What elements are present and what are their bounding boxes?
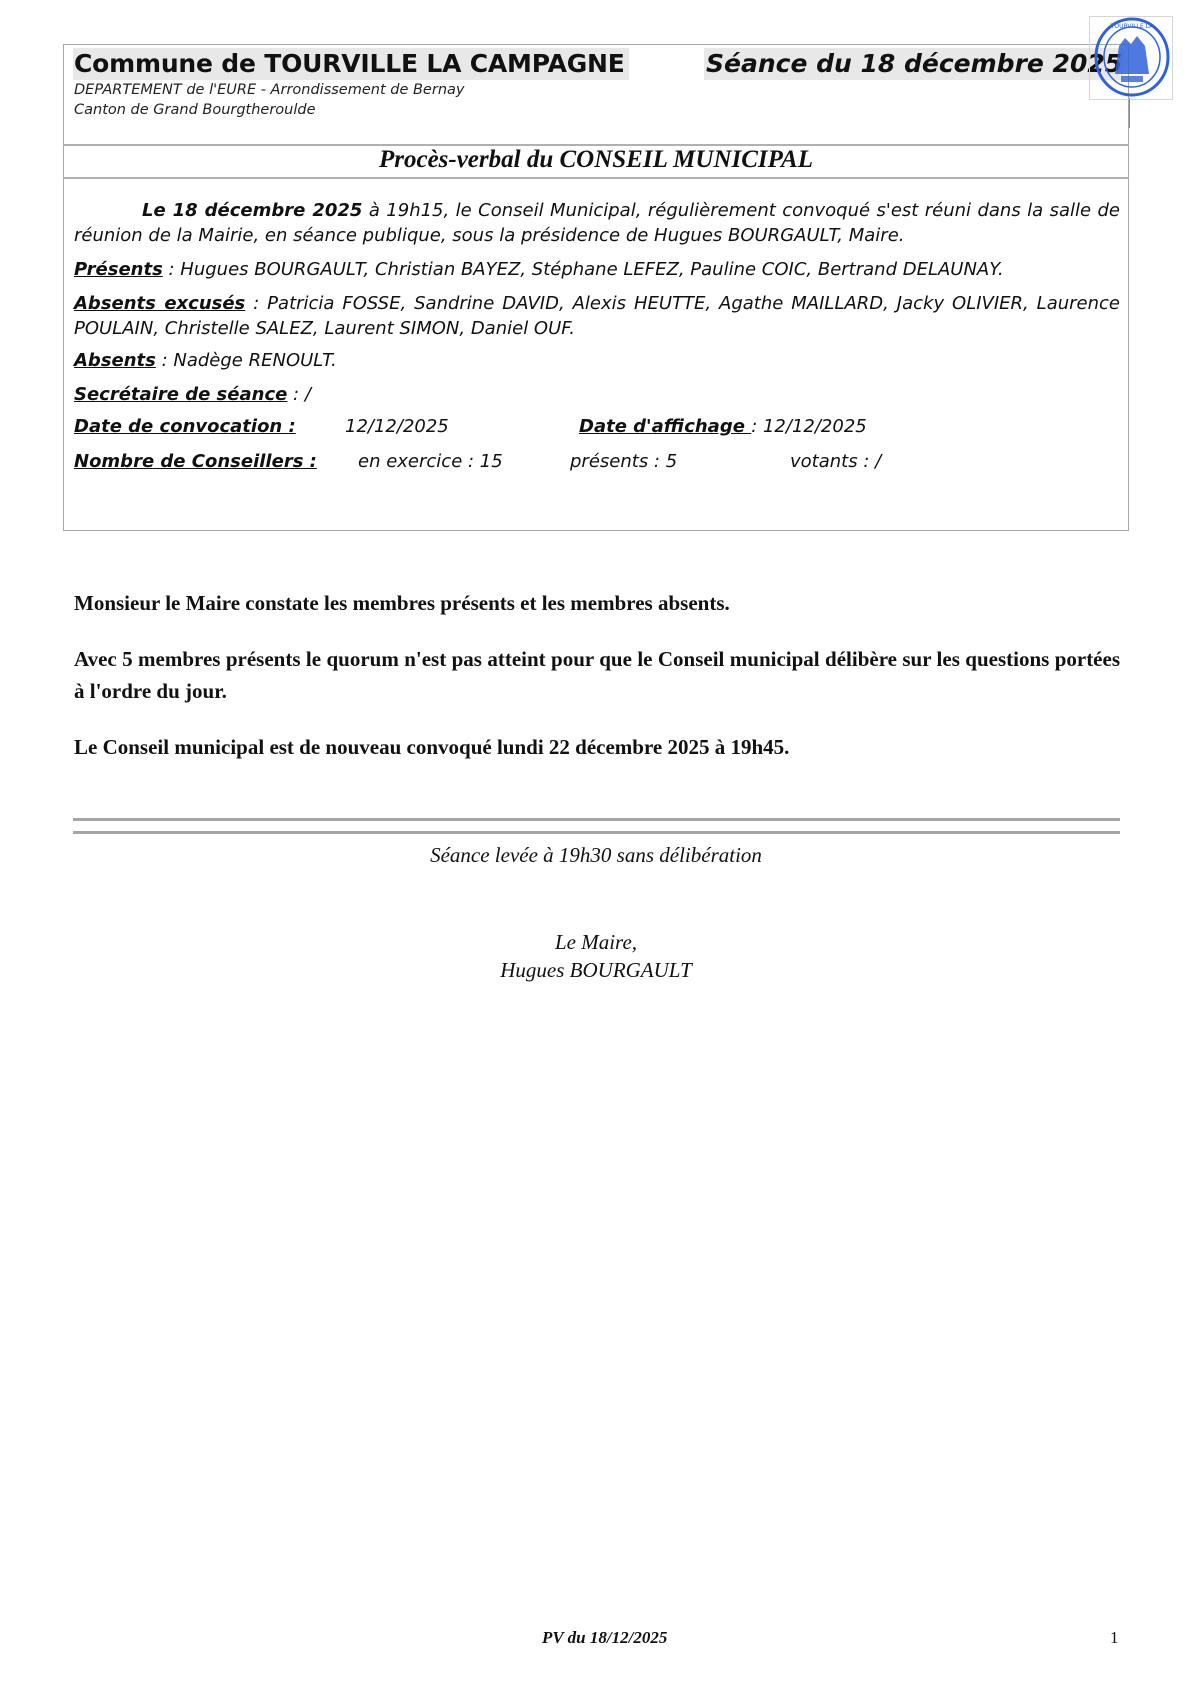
secretaire-value: : /: [287, 384, 311, 405]
presents-list: : Hugues BOURGAULT, Christian BAYEZ, Sté…: [163, 259, 1004, 280]
body-paragraph-2: Avec 5 membres présents le quorum n'est …: [74, 643, 1120, 707]
presents-label: Présents: [74, 259, 163, 280]
footer-pv-label: PV du 18/12/2025: [542, 1628, 667, 1648]
secretaire-line: Secrétaire de séance : /: [74, 382, 1120, 407]
absents-label: Absents: [74, 350, 156, 371]
title-divider: [63, 177, 1129, 179]
svg-text:TOURVILLE LA: TOURVILLE LA: [1110, 23, 1154, 30]
affichage-line: Date d'affichage : 12/12/2025: [579, 416, 867, 437]
body-paragraph-1: Monsieur le Maire constate les membres p…: [74, 587, 1120, 619]
separator-line-top: [73, 818, 1120, 821]
presents-line: Présents : Hugues BOURGAULT, Christian B…: [74, 257, 1120, 282]
intro-paragraph: Le 18 décembre 2025 à 19h15, le Conseil …: [74, 198, 1120, 248]
convocation-value: 12/12/2025: [345, 416, 449, 437]
affichage-label: Date d'affichage: [579, 416, 751, 437]
municipal-seal-icon: TOURVILLE LA: [1093, 16, 1171, 98]
body-paragraph-3: Le Conseil municipal est de nouveau conv…: [74, 731, 1120, 763]
excuses-line: Absents excusés : Patricia FOSSE, Sandri…: [74, 291, 1120, 341]
signature-title: Le Maire,: [63, 930, 1129, 955]
counts-label: Nombre de Conseillers :: [74, 451, 317, 472]
absents-line: Absents : Nadège RENOULT.: [74, 348, 1120, 373]
departement-line: DEPARTEMENT de l'EURE - Arrondissement d…: [74, 82, 464, 98]
seal-line: [1129, 98, 1130, 128]
seance-levee: Séance levée à 19h30 sans délibération: [63, 843, 1129, 868]
document-title: Procès-verbal du CONSEIL MUNICIPAL: [63, 146, 1129, 174]
canton-line: Canton de Grand Bourgtheroulde: [74, 102, 316, 118]
separator-line-bottom: [73, 831, 1120, 834]
votants-count: votants : /: [790, 451, 881, 472]
absents-list: : Nadège RENOULT.: [156, 350, 337, 371]
intro-date: Le 18 décembre 2025: [142, 200, 362, 221]
convocation-label: Date de convocation :: [74, 416, 296, 437]
page-number: 1: [1110, 1628, 1119, 1648]
secretaire-label: Secrétaire de séance: [74, 384, 287, 405]
commune-name: Commune de TOURVILLE LA CAMPAGNE: [73, 48, 629, 80]
signature-name: Hugues BOURGAULT: [63, 958, 1129, 983]
seance-date: Séance du 18 décembre 2025: [704, 48, 1124, 80]
excuses-label: Absents excusés: [74, 293, 245, 314]
en-exercice-count: en exercice : 15: [358, 451, 503, 472]
presents-count: présents : 5: [570, 451, 677, 472]
affichage-value: : 12/12/2025: [751, 416, 867, 437]
